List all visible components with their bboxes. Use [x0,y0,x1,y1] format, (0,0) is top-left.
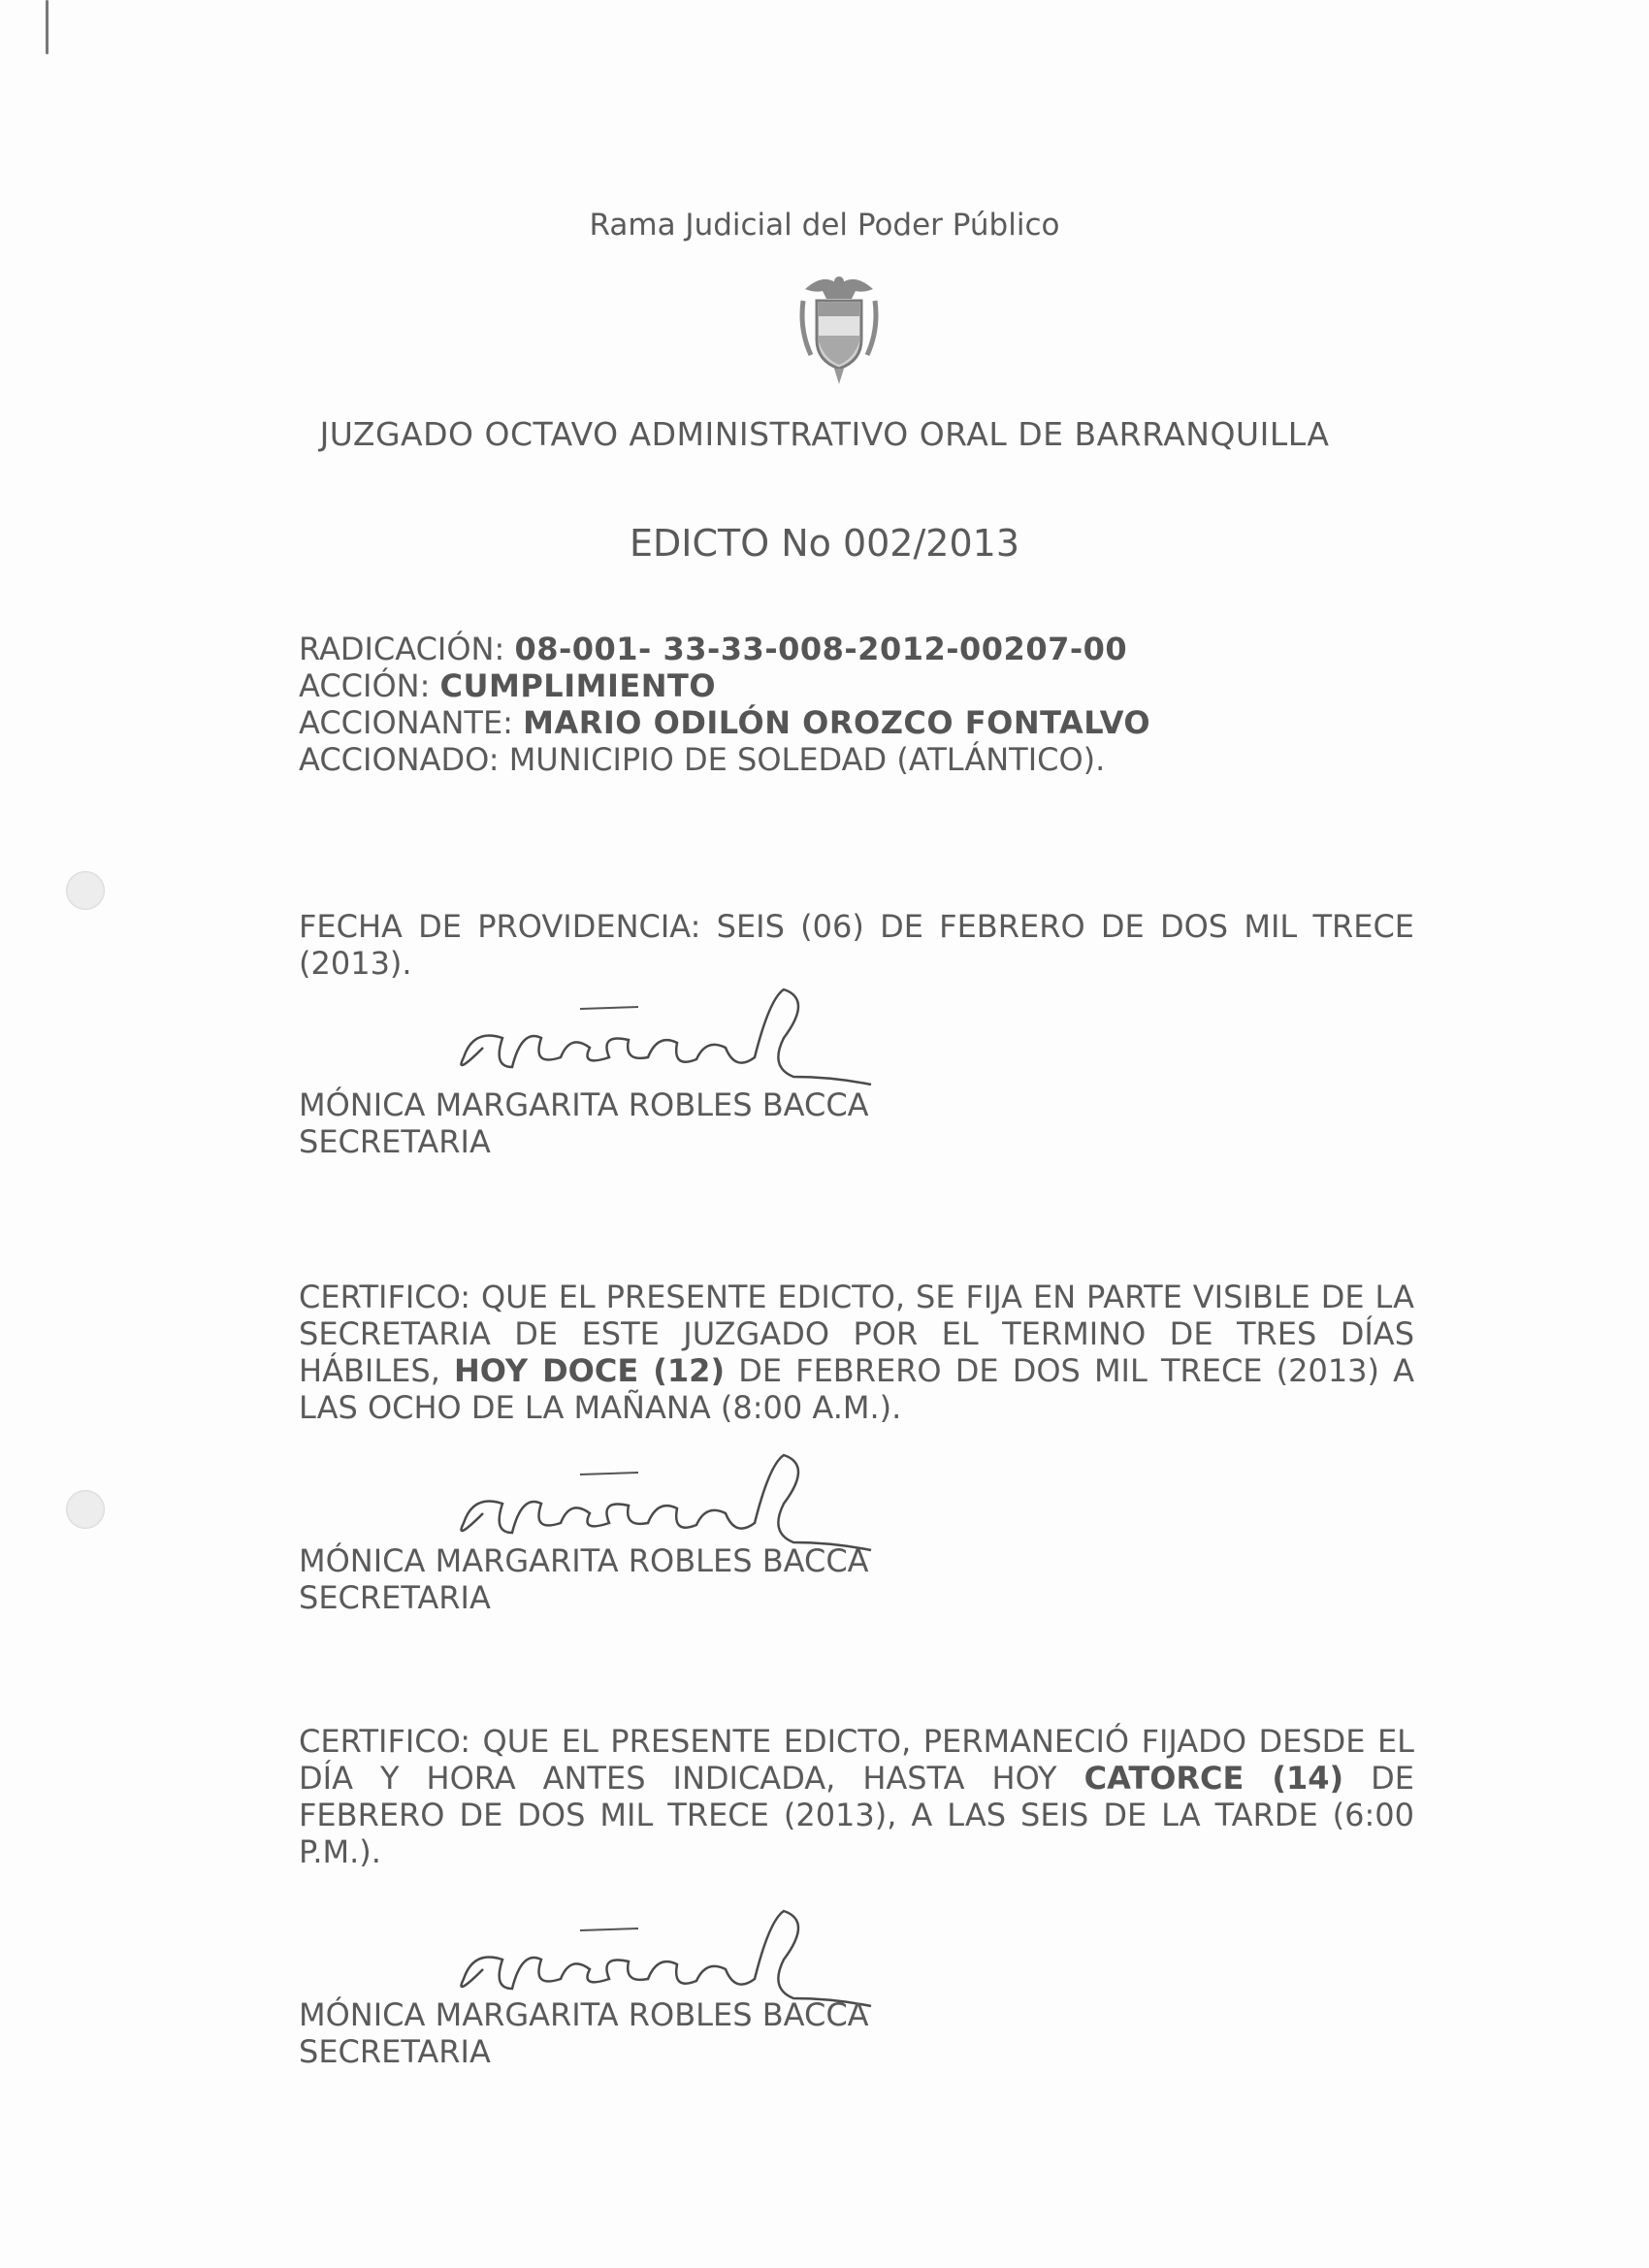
accionado-label: ACCIONADO: [299,741,509,778]
signatory-title: SECRETARIA [299,1579,869,1616]
scan-mark [46,0,48,54]
court-name: JUZGADO OCTAVO ADMINISTRATIVO ORAL DE BA… [0,415,1649,453]
branch-heading: Rama Judicial del Poder Público [0,208,1649,243]
case-details: RADICACIÓN: 08-001- 33-33-008-2012-00207… [299,631,1414,778]
fecha-providencia: FECHA DE PROVIDENCIA: SEIS (06) DE FEBRE… [299,908,1414,982]
signatory-title: SECRETARIA [299,2033,869,2070]
signatory: MÓNICA MARGARITA ROBLES BACCA SECRETARIA [299,1086,869,1160]
signatory: MÓNICA MARGARITA ROBLES BACCA SECRETARIA [299,1542,869,1616]
signature-icon [435,1901,900,2008]
signatory-name: MÓNICA MARGARITA ROBLES BACCA [299,1086,869,1123]
accion-value: CUMPLIMIENTO [440,667,716,704]
accionado-row: ACCIONADO: MUNICIPIO DE SOLEDAD (ATLÁNTI… [299,741,1414,778]
accionante-row: ACCIONANTE: MARIO ODILÓN OROZCO FONTALVO [299,704,1414,741]
certificate-date-highlight: CATORCE (14) [1084,1760,1344,1797]
edict-title: EDICTO No 002/2013 [0,522,1649,565]
certificate-removal: CERTIFICO: QUE EL PRESENTE EDICTO, PERMA… [299,1723,1414,1870]
radicacion-value: 08-001- 33-33-008-2012-00207-00 [514,631,1127,667]
signatory: MÓNICA MARGARITA ROBLES BACCA SECRETARIA [299,1996,869,2070]
signatory-name: MÓNICA MARGARITA ROBLES BACCA [299,1996,869,2033]
signature-icon [435,980,900,1086]
signatory-title: SECRETARIA [299,1123,869,1160]
coat-of-arms-icon [795,272,883,386]
radicacion-row: RADICACIÓN: 08-001- 33-33-008-2012-00207… [299,631,1414,667]
radicacion-label: RADICACIÓN: [299,631,514,667]
accionado-value: MUNICIPIO DE SOLEDAD (ATLÁNTICO). [509,741,1106,778]
certificate-date-highlight: HOY DOCE (12) [454,1352,725,1389]
accion-label: ACCIÓN: [299,667,440,704]
accion-row: ACCIÓN: CUMPLIMIENTO [299,667,1414,704]
certificate-posting: CERTIFICO: QUE EL PRESENTE EDICTO, SE FI… [299,1279,1414,1426]
accionante-label: ACCIONANTE: [299,704,523,741]
signatory-name: MÓNICA MARGARITA ROBLES BACCA [299,1542,869,1579]
accionante-value: MARIO ODILÓN OROZCO FONTALVO [523,704,1150,741]
punch-hole [66,871,105,910]
punch-hole [66,1490,105,1529]
signature-icon [435,1445,900,1552]
